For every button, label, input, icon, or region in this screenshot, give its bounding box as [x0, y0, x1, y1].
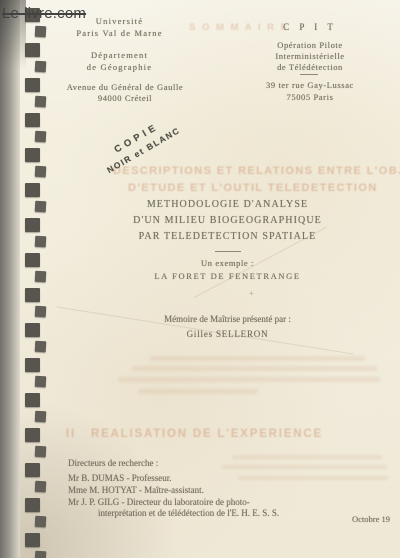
cpit-address-line1: 39 ter rue Gay-Lussac — [240, 80, 380, 90]
binding-tooth — [35, 270, 47, 282]
thesis-title-line1: METHODOLOGIE D'ANALYSE — [115, 199, 340, 210]
binding-tooth — [25, 393, 40, 407]
title-divider — [215, 251, 241, 252]
binding-tooth — [25, 148, 40, 162]
cpit-divider — [300, 74, 318, 75]
binding-tooth — [25, 218, 40, 232]
university-dept-line1: Département — [42, 50, 197, 60]
binding-tooth — [35, 480, 47, 492]
binding-tooth — [35, 410, 47, 422]
ghost-section2: II REALISATION DE L'EXPERIENCE — [66, 428, 323, 440]
bleedthrough-smudge — [150, 356, 365, 361]
thesis-title-line2: D'UN MILIEU BIOGEOGRAPHIQUE — [115, 215, 340, 226]
binding-tooth — [35, 305, 47, 317]
university-dept-line2: de Géographie — [42, 62, 197, 72]
binding-tooth — [25, 498, 40, 512]
binding-tooth — [25, 43, 40, 57]
bleedthrough-smudge — [118, 377, 380, 382]
example-name: LA FORET DE FENETRANGE — [115, 271, 340, 281]
binding-tooth — [25, 288, 40, 302]
stray-mark: + — [249, 289, 254, 298]
binding-tooth — [25, 428, 40, 442]
director-line4: interprétation et de télédétection de l'… — [98, 508, 279, 518]
binding-tooth — [35, 200, 47, 212]
cpit-address-line2: 75005 Paris — [240, 92, 380, 102]
binding-tooth — [25, 113, 40, 127]
thesis-title-line3: PAR TELEDETECTION SPATIALE — [115, 231, 340, 242]
binding-tooth — [35, 445, 47, 457]
bleedthrough-smudge — [222, 465, 387, 469]
university-address-line1: Avenue du Général de Gaulle — [30, 82, 220, 92]
directors-heading: Directeurs de recherche : — [68, 458, 158, 468]
bleedthrough-smudge — [238, 476, 388, 480]
binding-tooth — [35, 130, 47, 142]
binding-tooth — [25, 533, 40, 547]
director-line3: Mr J. P. GILG - Directeur du laboratoire… — [68, 497, 250, 507]
binding-tooth — [25, 463, 40, 477]
example-label: Un exemple : — [115, 258, 340, 268]
scanned-cover-page: Le-livre.com S O M M A I R E DESCRIPTION… — [0, 0, 400, 558]
bleedthrough-smudge — [232, 455, 382, 459]
binding-tooth — [25, 183, 40, 197]
binding-tooth — [25, 358, 40, 372]
director-line2: Mme M. HOTYAT - Maître-assistant. — [68, 485, 204, 495]
ghost-section1-line1: DESCRIPTIONS ET RELATIONS ENTRE L'OBJET — [113, 165, 400, 177]
cpit-desc-line2: Interministérielle — [240, 51, 380, 61]
cpit-desc-line3: de Télédétection — [240, 62, 380, 72]
presented-by-label: Mémoire de Maîtrise présenté par : — [115, 314, 340, 324]
binding-tooth — [35, 375, 47, 387]
binding-tooth — [25, 323, 40, 337]
bleedthrough-smudge — [132, 366, 377, 371]
ghost-section1-line2: D'ETUDE ET L'OUTIL TELEDETECTION — [128, 182, 378, 194]
university-name-line2: Paris Val de Marne — [42, 28, 197, 38]
bleedthrough-smudge — [138, 389, 258, 394]
binding-tooth — [35, 550, 47, 558]
binding-tooth — [35, 340, 47, 352]
binding-tooth — [35, 515, 47, 527]
binding-tooth — [35, 235, 47, 247]
date: Octobre 19 — [352, 514, 390, 524]
binding-tooth — [35, 165, 47, 177]
binding-tooth — [25, 253, 40, 267]
university-name-line1: Université — [42, 16, 197, 26]
university-address-line2: 94000 Créteil — [30, 93, 220, 103]
author-name: Gilles SELLERON — [115, 329, 340, 339]
director-line1: Mr B. DUMAS - Professeur. — [68, 473, 172, 483]
cpit-desc-line1: Opération Pilote — [240, 40, 380, 50]
cpit-acronym: C P I T — [240, 22, 380, 32]
